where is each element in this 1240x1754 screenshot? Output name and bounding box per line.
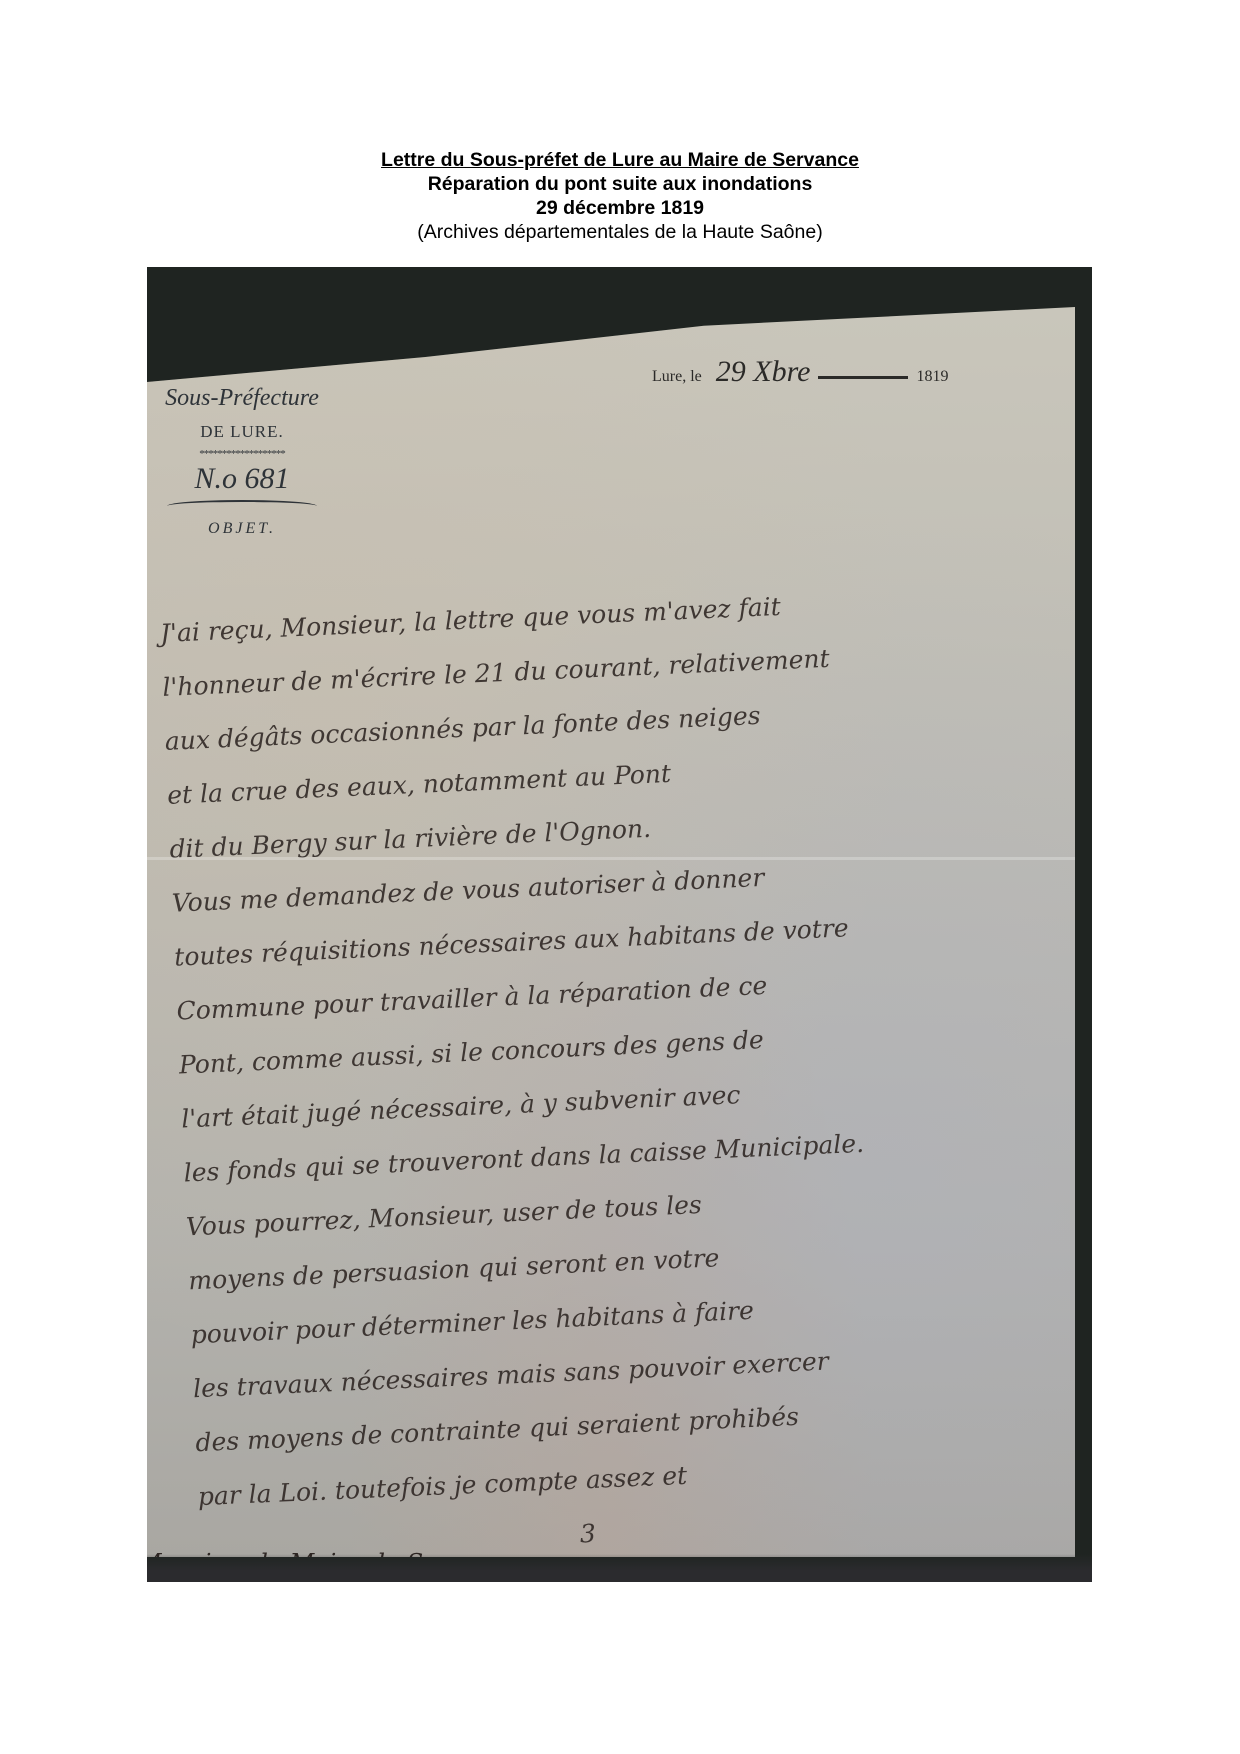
letter-paper: Sous-Préfecture DE LURE. ***************… xyxy=(147,307,1075,1557)
letterhead-city: DE LURE. xyxy=(147,422,337,442)
dateline-year: 1819 xyxy=(916,368,948,385)
handwritten-body: J'ai reçu, Monsieur, la lettre que vous … xyxy=(159,568,1092,1578)
document-header: Lettre du Sous-préfet de Lure au Maire d… xyxy=(0,148,1240,244)
document-title: Lettre du Sous-préfet de Lure au Maire d… xyxy=(0,148,1240,172)
dateline: Lure, le 29 Xbre 1819 xyxy=(652,355,948,389)
letter-number: N.o 681 xyxy=(147,462,337,496)
dateline-place: Lure, le xyxy=(652,368,702,385)
letterhead: Sous-Préfecture DE LURE. ***************… xyxy=(147,385,337,538)
photo-bottom-edge xyxy=(147,1554,1092,1582)
dateline-day-month: 29 Xbre xyxy=(716,355,811,388)
letterhead-objet: OBJET. xyxy=(147,520,337,538)
document-date: 29 décembre 1819 xyxy=(0,196,1240,220)
document-subtitle: Réparation du pont suite aux inondations xyxy=(0,172,1240,196)
dateline-rule xyxy=(818,376,908,379)
letter-photograph: Sous-Préfecture DE LURE. ***************… xyxy=(147,267,1092,1582)
document-source: (Archives départementales de la Haute Sa… xyxy=(0,220,1240,244)
letterhead-office: Sous-Préfecture xyxy=(147,385,337,412)
letterhead-divider: ******************* xyxy=(147,448,337,460)
swash-divider xyxy=(167,500,317,512)
